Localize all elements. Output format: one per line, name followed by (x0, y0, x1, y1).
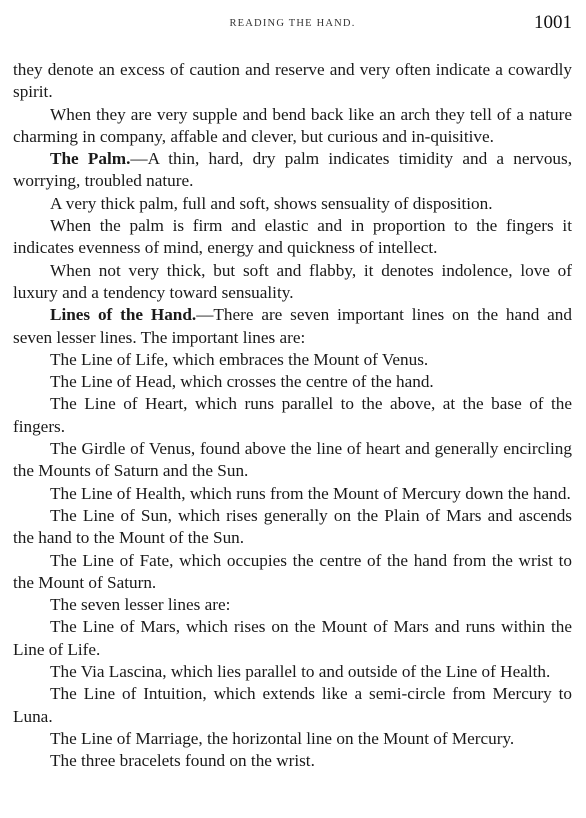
paragraph-text: The Line of Fate, which occupies the cen… (13, 551, 572, 592)
paragraph-text: The three bracelets found on the wrist. (50, 751, 315, 770)
paragraph-text: When not very thick, but soft and flabby… (13, 261, 572, 302)
paragraph-text: The Line of Life, which embraces the Mou… (50, 350, 428, 369)
paragraph-text: When the palm is firm and elastic and in… (13, 216, 572, 257)
list-item-line-of-intuition: The Line of Intuition, which extends lik… (13, 683, 572, 728)
list-item-bracelets: The three bracelets found on the wrist. (13, 750, 572, 772)
paragraph-text: The Via Lascina, which lies parallel to … (50, 662, 550, 681)
paragraph-fingers-caution: they denote an excess of caution and res… (13, 59, 572, 104)
list-item-line-of-head: The Line of Head, which crosses the cent… (13, 371, 572, 393)
list-item-line-of-heart: The Line of Heart, which runs parallel t… (13, 393, 572, 438)
page-header: READING THE HAND. 1001 (13, 12, 572, 36)
list-item-line-of-marriage: The Line of Marriage, the horizontal lin… (13, 728, 572, 750)
list-item-line-of-life: The Line of Life, which embraces the Mou… (13, 349, 572, 371)
paragraph-supple-fingers: When they are very supple and bend back … (13, 104, 572, 149)
paragraph-text: The Line of Marriage, the horizontal lin… (50, 729, 514, 748)
page-body: they denote an excess of caution and res… (13, 59, 572, 773)
paragraph-text: The Girdle of Venus, found above the lin… (13, 439, 572, 480)
list-item-line-of-mars: The Line of Mars, which rises on the Mou… (13, 616, 572, 661)
paragraph-text: The Line of Heart, which runs parallel t… (13, 394, 572, 435)
list-item-line-of-health: The Line of Health, which runs from the … (13, 483, 572, 505)
section-heading-palm: The Palm. (50, 149, 130, 168)
paragraph-thick-palm: A very thick palm, full and soft, shows … (13, 193, 572, 215)
paragraph-text: they denote an excess of caution and res… (13, 60, 572, 101)
list-item-line-of-fate: The Line of Fate, which occupies the cen… (13, 550, 572, 595)
paragraph-firm-palm: When the palm is firm and elastic and in… (13, 215, 572, 260)
paragraph-lines-of-hand: Lines of the Hand.—There are seven impor… (13, 304, 572, 349)
paragraph-text: The Line of Sun, which rises generally o… (13, 506, 572, 547)
paragraph-text: The Line of Mars, which rises on the Mou… (13, 617, 572, 658)
list-item-girdle-of-venus: The Girdle of Venus, found above the lin… (13, 438, 572, 483)
running-title: READING THE HAND. (13, 18, 572, 29)
paragraph-text: The Line of Health, which runs from the … (50, 484, 571, 503)
paragraph-text: The Line of Head, which crosses the cent… (50, 372, 434, 391)
paragraph-text: When they are very supple and bend back … (13, 105, 572, 146)
list-item-via-lascina: The Via Lascina, which lies parallel to … (13, 661, 572, 683)
page-number: 1001 (534, 12, 572, 34)
paragraph-text: A very thick palm, full and soft, shows … (50, 194, 493, 213)
paragraph-the-palm: The Palm.—A thin, hard, dry palm indicat… (13, 148, 572, 193)
paragraph-soft-palm: When not very thick, but soft and flabby… (13, 260, 572, 305)
paragraph-lesser-lines-intro: The seven lesser lines are: (13, 594, 572, 616)
paragraph-text: The Line of Intuition, which extends lik… (13, 684, 572, 725)
paragraph-text: The seven lesser lines are: (50, 595, 230, 614)
list-item-line-of-sun: The Line of Sun, which rises generally o… (13, 505, 572, 550)
section-heading-lines: Lines of the Hand. (50, 305, 196, 324)
